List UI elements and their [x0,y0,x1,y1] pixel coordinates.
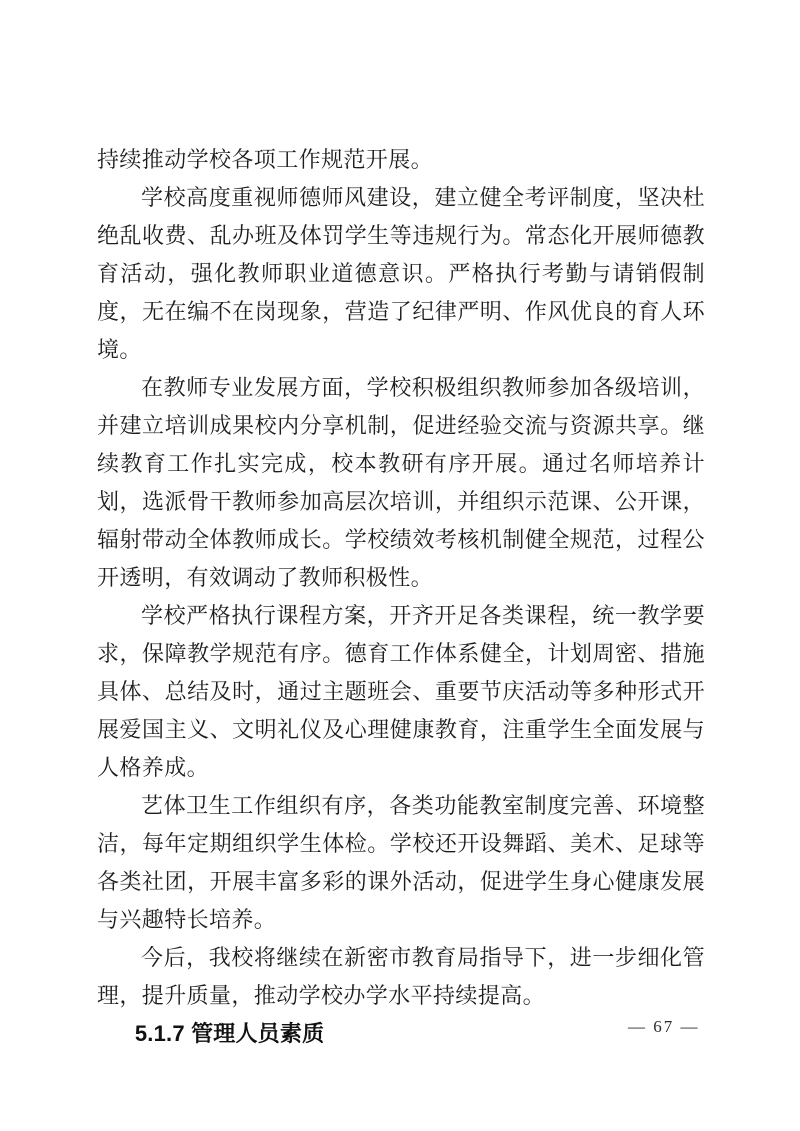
paragraph: 在教师专业发展方面，学校积极组织教师参加各级培训，并建立培训成果校内分享机制，促… [97,369,705,597]
paragraph: 今后，我校将继续在新密市教育局指导下，进一步细化管理，提升质量，推动学校办学水平… [97,939,705,1015]
page-number: — 67 — [628,1016,700,1038]
document-page: 持续推动学校各项工作规范开展。 学校高度重视师德师风建设，建立健全考评制度，坚决… [0,0,800,1131]
paragraph: 持续推动学校各项工作规范开展。 [97,141,705,179]
paragraph: 学校高度重视师德师风建设，建立健全考评制度，坚决杜绝乱收费、乱办班及体罚学生等违… [97,179,705,369]
paragraph: 艺体卫生工作组织有序，各类功能教室制度完善、环境整洁，每年定期组织学生体检。学校… [97,787,705,939]
paragraph: 学校严格执行课程方案，开齐开足各类课程，统一教学要求，保障教学规范有序。德育工作… [97,597,705,787]
document-body: 持续推动学校各项工作规范开展。 学校高度重视师德师风建设，建立健全考评制度，坚决… [97,141,705,1053]
section-heading: 5.1.7 管理人员素质 [97,1015,705,1053]
